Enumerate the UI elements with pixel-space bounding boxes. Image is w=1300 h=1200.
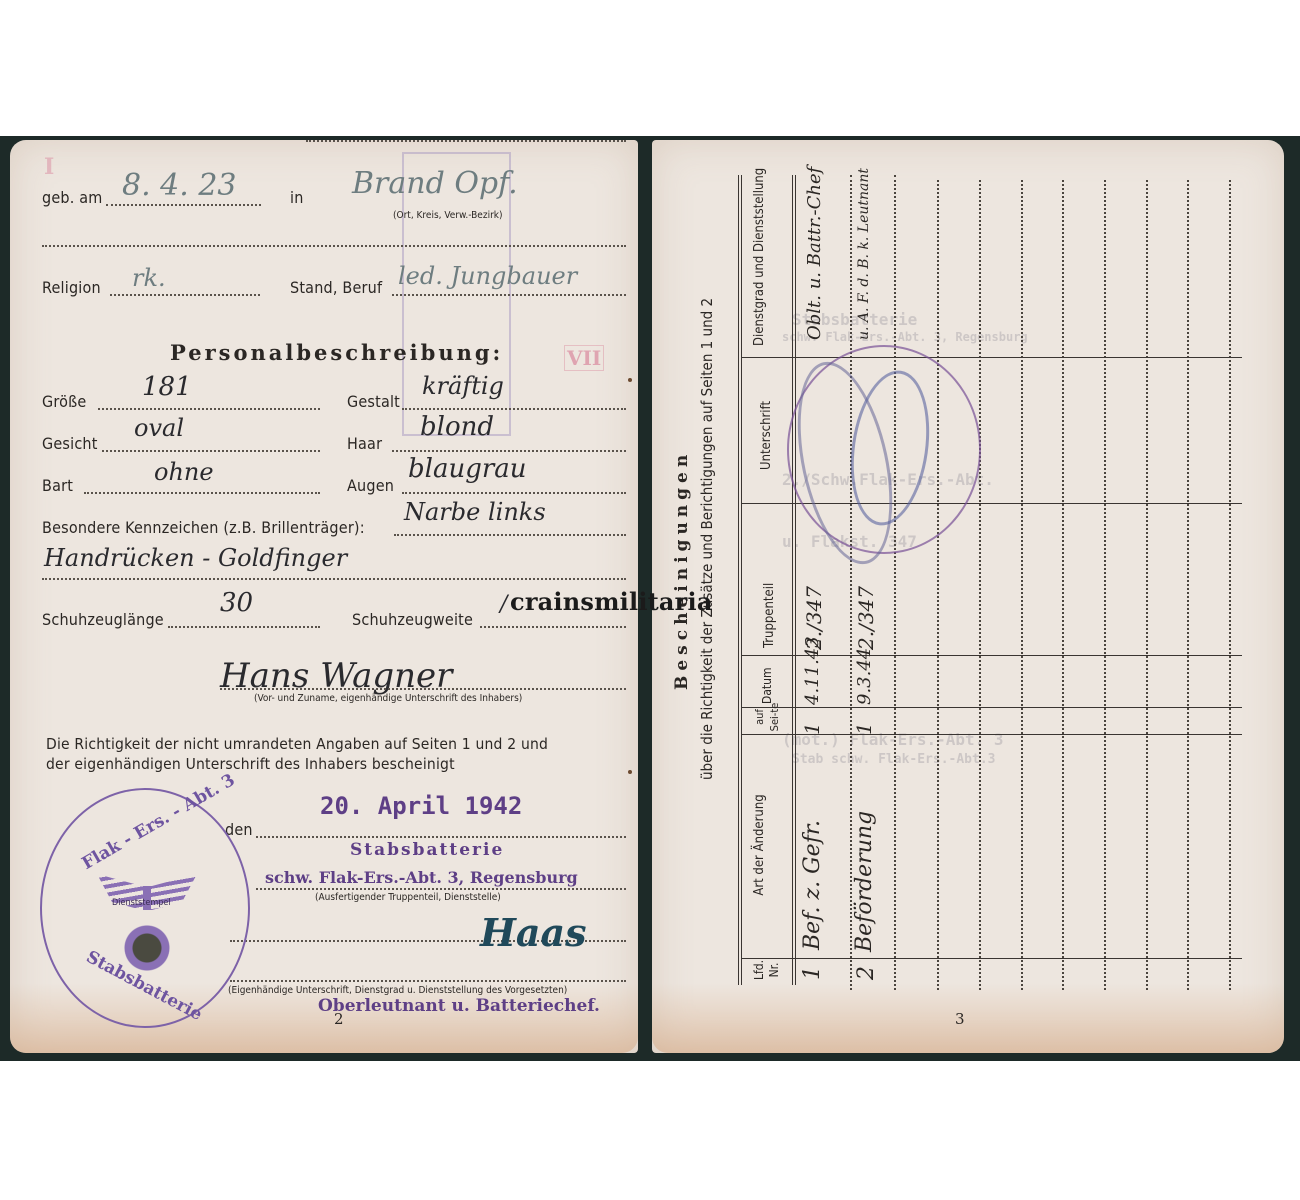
schuh-weite-value[interactable]: / [500,592,507,617]
water-stain [652,983,1284,1053]
groesse-label: Größe [42,392,86,411]
gesicht-value[interactable]: oval [134,414,184,442]
groesse-line [98,408,320,410]
groesse-value[interactable]: 181 [142,372,192,402]
row-divider [1104,180,1106,990]
gesicht-line [102,450,320,452]
row-1-seite[interactable]: 1 [800,722,824,735]
row-divider [979,180,981,990]
stand-line [392,294,626,296]
column-divider [742,958,1242,959]
gestalt-value[interactable]: kräftig [422,372,504,400]
row-1-truppenteil[interactable]: 2./347 [802,586,826,650]
table-subtitle: über die Richtigkeit der Zusätze und Ber… [698,298,716,780]
kennzeichen-line-1 [394,534,626,536]
column-header-unterschrift: Unterschrift [759,401,774,470]
haar-line [392,450,626,452]
unit-stamp-line-1: Stabsbatterie [350,840,504,860]
seal-top-text: Flak - Ers. - Abt. 3 [79,770,239,874]
augen-label: Augen [347,476,394,495]
row-1-dienstgrad[interactable]: Oblt. u. Battr.-Chef [804,167,825,340]
column-header-truppenteil: Truppenteil [762,583,777,648]
augen-value[interactable]: blaugrau [408,454,527,484]
holder-signature-hint: (Vor- und Zuname, eigenhändige Unterschr… [254,693,522,704]
unit-stamp-line-2: schw. Flak-Ers.-Abt. 3, Regensburg [265,868,578,887]
unit-hint: (Ausfertigender Truppenteil, Dienststell… [315,892,501,903]
wreath-emblem-icon [124,915,170,975]
row-divider [1187,180,1189,990]
row-2-art[interactable]: Beförderung [852,811,877,952]
official-seal: Flak - Ers. - Abt. 3 Dienststempel Stabs… [40,788,250,1028]
row-divider [937,180,939,990]
in-label: in [290,188,304,207]
seal-center-text: Dienststempel [112,898,171,908]
row-2-nr[interactable]: 2 [854,966,879,980]
table-title: Bescheinigungen [672,450,692,690]
officer-stamp: Oberleutnant u. Batteriechef. [318,996,600,1016]
schuh-laenge-value[interactable]: 30 [220,588,253,618]
schuh-weite-label: Schuhzeugweite [352,610,473,629]
schuh-laenge-label: Schuhzeuglänge [42,610,164,629]
staple-hole [628,378,632,382]
table-header-border [792,175,796,985]
kennzeichen-value-2[interactable]: Handrücken - Goldfinger [44,544,347,572]
certification-line-2: der eigenhändigen Unterschrift des Inhab… [46,755,455,773]
bart-value[interactable]: ohne [154,458,214,486]
kennzeichen-label: Besondere Kennzeichen (z.B. Brillenträge… [42,518,365,537]
column-divider [742,707,1242,708]
born-label: geb. am [42,188,103,207]
column-header-nr: Lfd. Nr. [752,955,782,985]
row-divider [1021,180,1023,990]
blank-line [42,245,626,247]
kennzeichen-line-2 [42,578,626,580]
row-2-dienstgrad[interactable]: u. A. F. d. B. k. Leutnant [856,168,872,340]
watermark: crainsmilitaria [510,587,713,616]
page-number-left: 2 [334,1010,344,1028]
officer-hint: (Eigenhändige Unterschrift, Dienstgrad u… [228,985,567,996]
haar-label: Haar [347,434,382,453]
stand-label: Stand, Beruf [290,278,382,297]
in-hint: (Ort, Kreis, Verw.-Bezirk) [393,210,502,221]
augen-line [402,492,626,494]
in-value[interactable]: Brand Opf. [352,166,518,201]
in-line [306,140,626,142]
date-line [256,836,626,838]
unit-line [256,888,626,890]
schuh-laenge-line [168,626,320,628]
religion-line [110,294,260,296]
officer-signature-line-2 [230,980,626,982]
row-2-truppenteil[interactable]: 2./347 [854,586,878,650]
row-divider [894,175,896,990]
row-1-art[interactable]: Bef. z. Gefr. [800,820,825,950]
bart-line [84,492,320,494]
officer-signature[interactable]: Haas [480,910,587,955]
row-divider [1146,180,1148,990]
gestalt-line [402,408,626,410]
stand-value[interactable]: led. Jungbauer [398,262,577,290]
holder-signature[interactable]: Hans Wagner [220,656,452,696]
row-2-seite[interactable]: 1 [852,722,876,735]
row-divider [1229,180,1231,990]
born-value[interactable]: 8. 4. 23 [122,168,237,203]
haar-value[interactable]: blond [420,412,494,442]
column-header-art: Art der Änderung [752,770,767,920]
religion-value[interactable]: rk. [132,264,166,292]
date-stamp: 20. April 1942 [320,792,522,820]
red-roman-stamp: VII [564,345,604,371]
column-header-seite: auf Sei-te [752,702,782,732]
row-1-nr[interactable]: 1 [800,966,825,980]
red-corner-mark: I [44,154,54,180]
gestalt-label: Gestalt [347,392,400,411]
column-divider [742,357,1242,358]
religion-label: Religion [42,278,101,297]
holder-signature-line [220,688,626,690]
right-page: Stabsbatterie schw. Flak-Ers.-Abt. 3, Re… [652,140,1284,1053]
row-divider [1062,180,1064,990]
row-2-datum[interactable]: 9.3.44 [854,648,875,705]
certification-line-1: Die Richtigkeit der nicht umrandeten Ang… [46,735,548,753]
gesicht-label: Gesicht [42,434,98,453]
born-line [106,204,261,206]
kennzeichen-value-1[interactable]: Narbe links [404,498,546,526]
column-header-dienstgrad: Dienstgrad und Dienststellung [752,168,767,346]
bart-label: Bart [42,476,73,495]
table-left-border [738,175,742,985]
section-title: Personalbeschreibung: [170,340,503,365]
column-header-datum: Datum [760,667,775,704]
staple-hole [628,770,632,774]
schuh-weite-line [480,626,626,628]
page-number-right: 3 [955,1010,965,1028]
